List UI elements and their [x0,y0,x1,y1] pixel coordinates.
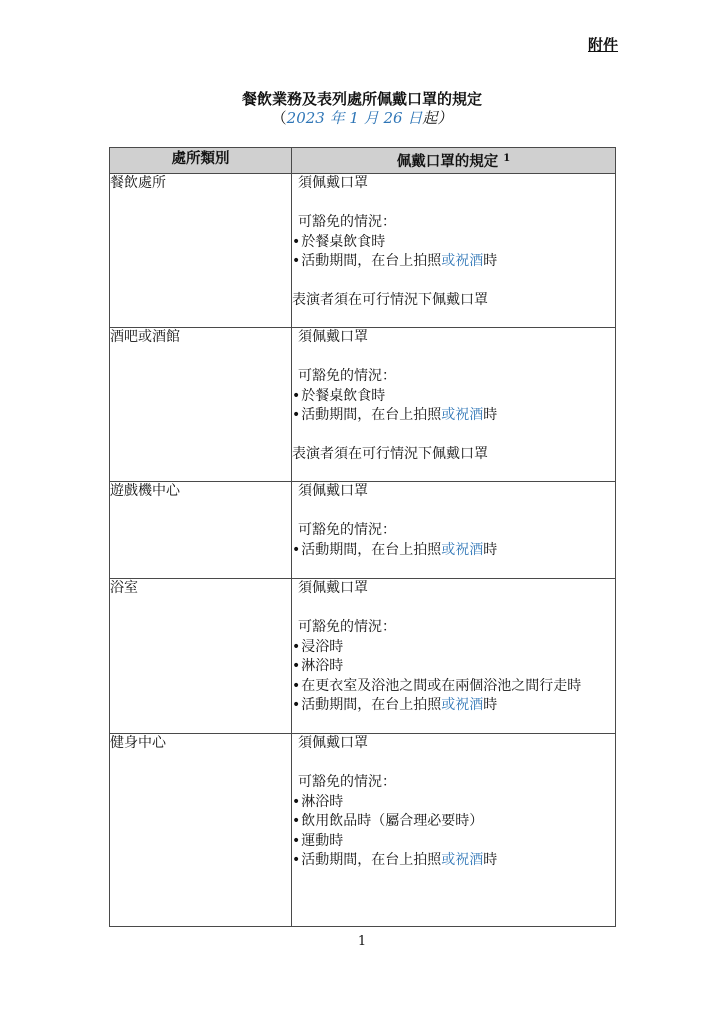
exemption-item: 淋浴時 [292,657,615,677]
footnote-marker: 1 [503,153,510,164]
exempt-label: 可豁免的情況： [292,618,615,638]
requirement-text: 須佩戴口罩 [292,328,615,348]
table-row: 健身中心 須佩戴口罩 可豁免的情況： 淋浴時 飲用飲品時（屬合理必要時） 運動時… [110,734,616,927]
exemption-item: 飲用飲品時（屬合理必要時） [292,812,615,832]
requirement-text: 須佩戴口罩 [292,579,615,599]
premises-cell: 浴室 [110,579,292,734]
requirement-cell: 須佩戴口罩 可豁免的情況： 於餐桌飲食時 活動期間，在台上拍照或祝酒時 表演者須… [292,328,616,482]
premises-cell: 遊戲機中心 [110,482,292,579]
exemption-item: 在更衣室及浴池之間或在兩個浴池之間行走時 [292,677,615,697]
exemption-item: 活動期間，在台上拍照或祝酒時 [292,851,615,871]
exemption-item: 活動期間，在台上拍照或祝酒時 [292,696,615,716]
subtitle-suffix: 起） [422,109,452,127]
exemption-item: 於餐桌飲食時 [292,233,615,253]
exemption-item: 於餐桌飲食時 [292,387,615,407]
premises-cell: 餐飲處所 [110,174,292,328]
exemption-item: 運動時 [292,832,615,852]
subtitle-open-paren: （ [272,109,287,127]
subtitle-date: 2023 年 1 月 26 日 [287,109,423,127]
exempt-label: 可豁免的情況： [292,521,615,541]
column-header-requirement: 佩戴口罩的規定 1 [292,148,616,174]
premises-cell: 健身中心 [110,734,292,927]
table-row: 浴室 須佩戴口罩 可豁免的情況： 浸浴時 淋浴時 在更衣室及浴池之間或在兩個浴池… [110,579,616,734]
exemption-item: 淋浴時 [292,793,615,813]
requirement-cell: 須佩戴口罩 可豁免的情況： 活動期間，在台上拍照或祝酒時 [292,482,616,579]
column-header-premises: 處所類別 [110,148,292,174]
requirement-text: 須佩戴口罩 [292,482,615,502]
exempt-label: 可豁免的情況： [292,367,615,387]
table-row: 餐飲處所 須佩戴口罩 可豁免的情況： 於餐桌飲食時 活動期間，在台上拍照或祝酒時… [110,174,616,328]
requirement-text: 須佩戴口罩 [292,734,615,754]
requirement-cell: 須佩戴口罩 可豁免的情況： 浸浴時 淋浴時 在更衣室及浴池之間或在兩個浴池之間行… [292,579,616,734]
requirement-text: 須佩戴口罩 [292,174,615,194]
requirement-cell: 須佩戴口罩 可豁免的情況： 於餐桌飲食時 活動期間，在台上拍照或祝酒時 表演者須… [292,174,616,328]
premises-cell: 酒吧或酒館 [110,328,292,482]
requirement-cell: 須佩戴口罩 可豁免的情況： 淋浴時 飲用飲品時（屬合理必要時） 運動時 活動期間… [292,734,616,927]
document-title: 餐飲業務及表列處所佩戴口罩的規定 [0,88,724,109]
performer-note: 表演者須在可行情況下佩戴口罩 [292,291,615,311]
exemption-item: 活動期間，在台上拍照或祝酒時 [292,406,615,426]
table-header-row: 處所類別 佩戴口罩的規定 1 [110,148,616,174]
page-number: 1 [0,934,724,949]
table-row: 遊戲機中心 須佩戴口罩 可豁免的情況： 活動期間，在台上拍照或祝酒時 [110,482,616,579]
annex-label: 附件 [588,34,618,55]
exempt-label: 可豁免的情況： [292,773,615,793]
exempt-label: 可豁免的情況： [292,213,615,233]
effective-date: （2023 年 1 月 26 日起） [0,107,724,128]
exemption-item: 浸浴時 [292,638,615,658]
exemption-item: 活動期間，在台上拍照或祝酒時 [292,252,615,272]
table-row: 酒吧或酒館 須佩戴口罩 可豁免的情況： 於餐桌飲食時 活動期間，在台上拍照或祝酒… [110,328,616,482]
mask-rules-table: 處所類別 佩戴口罩的規定 1 餐飲處所 須佩戴口罩 可豁免的情況： 於餐桌飲食時… [109,147,616,927]
exemption-item: 活動期間，在台上拍照或祝酒時 [292,541,615,561]
performer-note: 表演者須在可行情況下佩戴口罩 [292,445,615,465]
